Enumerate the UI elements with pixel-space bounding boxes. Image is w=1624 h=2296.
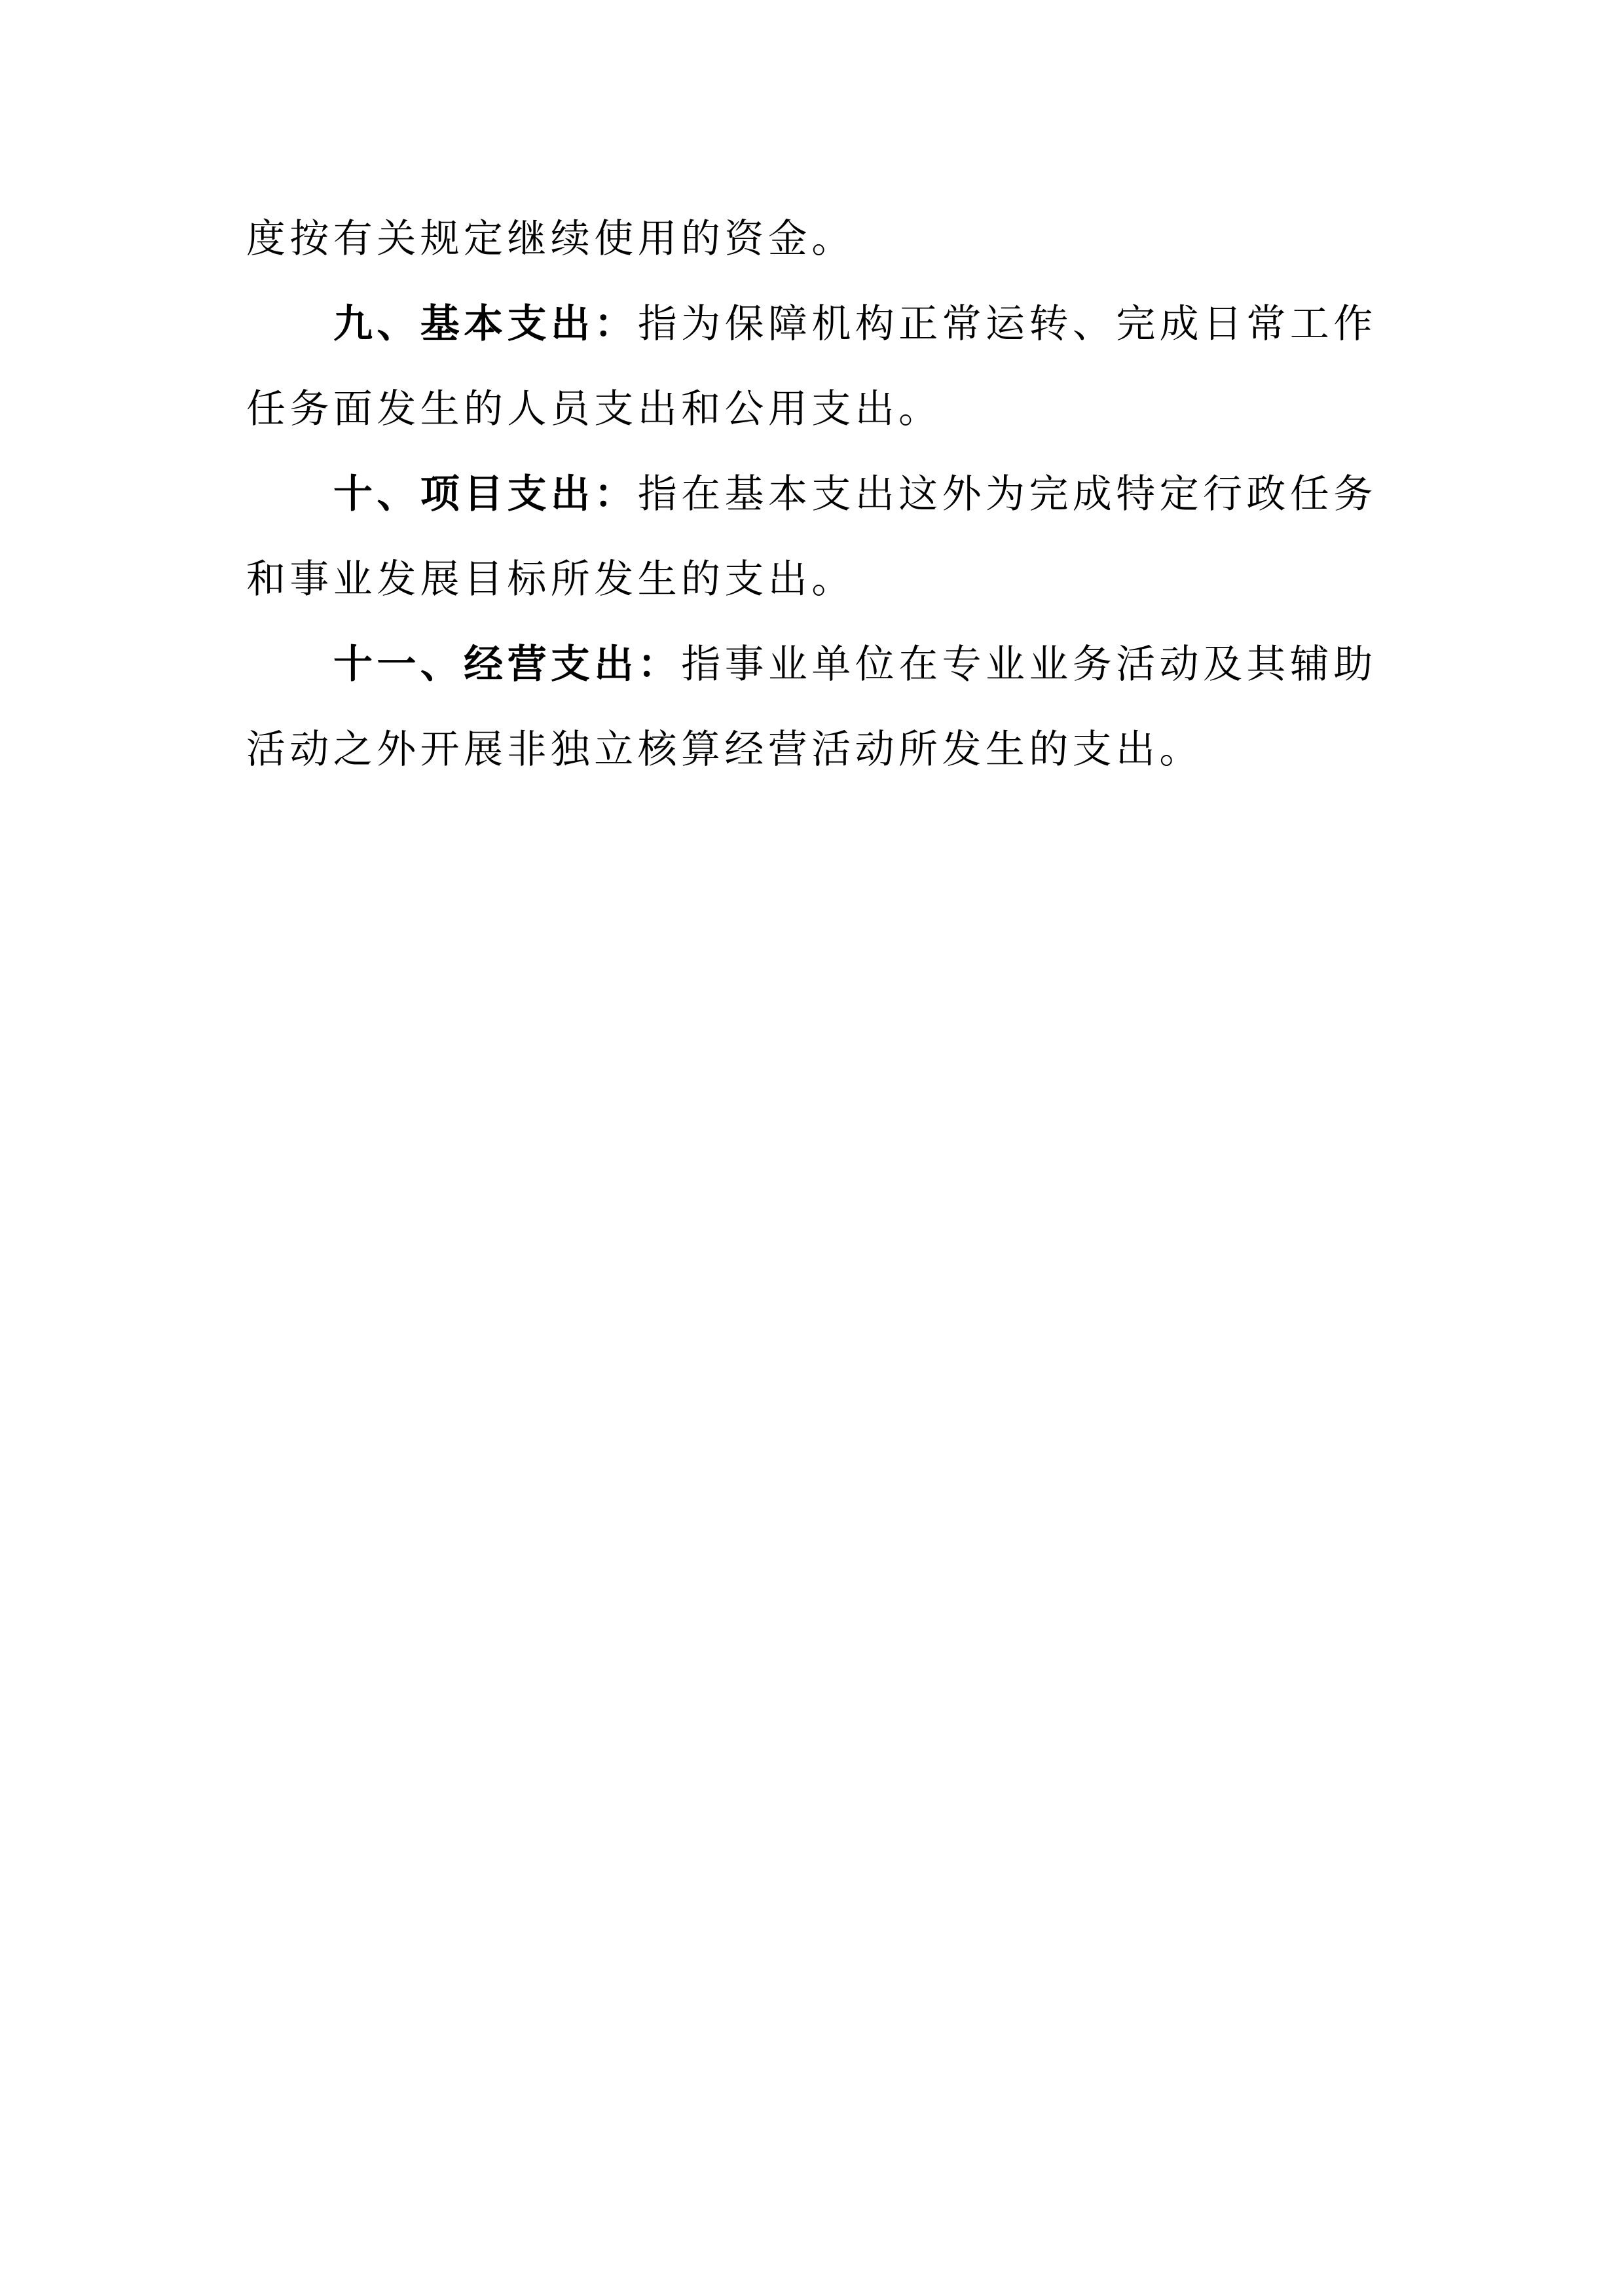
paragraph-project-expenditure: 十、项目支出：指在基本支出这外为完成特定行政任务 和事业发展目标所发生的支出。: [246, 452, 1386, 622]
text-line: 和事业发展目标所发生的支出。: [246, 537, 1386, 622]
paragraph-continuation: 度按有关规定继续使用的资金。: [246, 196, 1386, 282]
text-line: 九、基本支出：指为保障机构正常运转、完成日常工作: [246, 282, 1386, 367]
section-heading: 十一、经营支出：: [333, 642, 681, 687]
section-text: 指在基本支出这外为完成特定行政任务: [638, 471, 1377, 517]
paragraph-operating-expenditure: 十一、经营支出：指事业单位在专业业务活动及其辅助 活动之外开展非独立核算经营活动…: [246, 622, 1386, 792]
document-page: 度按有关规定继续使用的资金。 九、基本支出：指为保障机构正常运转、完成日常工作 …: [246, 196, 1386, 792]
text-line: 十、项目支出：指在基本支出这外为完成特定行政任务: [246, 452, 1386, 537]
text-line: 十一、经营支出：指事业单位在专业业务活动及其辅助: [246, 622, 1386, 707]
section-text: 指为保障机构正常运转、完成日常工作: [638, 301, 1377, 347]
section-heading: 十、项目支出：: [333, 471, 638, 517]
paragraph-basic-expenditure: 九、基本支出：指为保障机构正常运转、完成日常工作 任务面发生的人员支出和公用支出…: [246, 282, 1386, 452]
text-line: 活动之外开展非独立核算经营活动所发生的支出。: [246, 707, 1386, 792]
section-heading: 九、基本支出：: [333, 301, 638, 347]
section-text: 指事业单位在专业业务活动及其辅助: [681, 642, 1376, 687]
text-line: 度按有关规定继续使用的资金。: [246, 196, 1386, 282]
text-line: 任务面发生的人员支出和公用支出。: [246, 367, 1386, 452]
